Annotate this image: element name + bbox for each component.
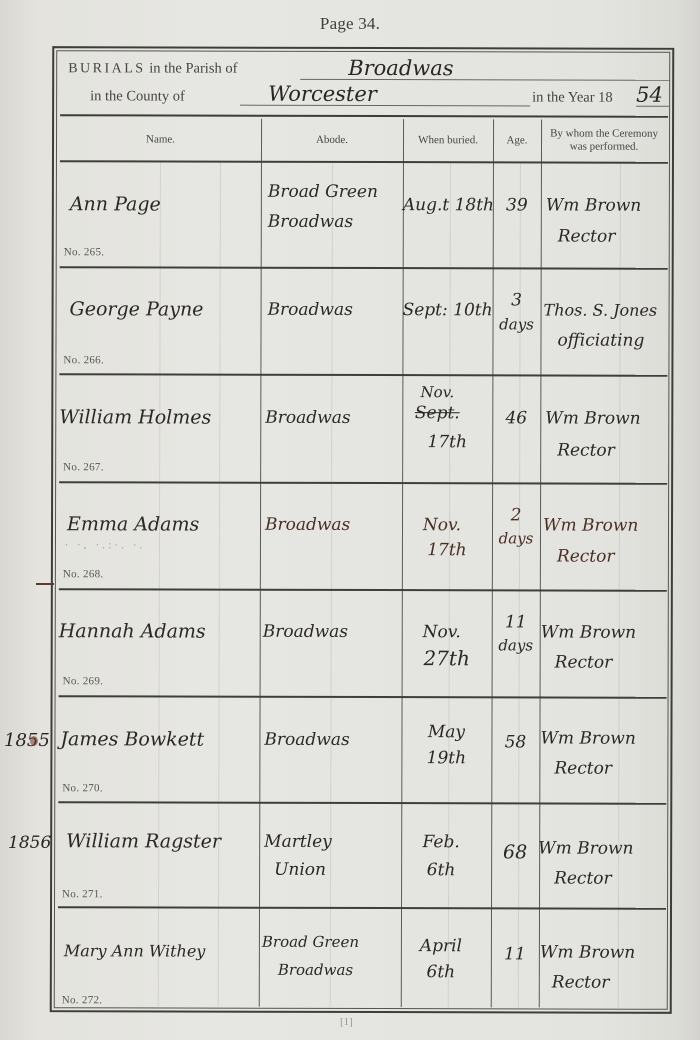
entry-abode: Broadwas bbox=[263, 621, 348, 643]
row-divider bbox=[59, 695, 667, 699]
entry-minister: Wm Brown bbox=[540, 727, 635, 749]
entry-age: 11 bbox=[491, 943, 539, 965]
entry-number: No. 270. bbox=[62, 782, 103, 794]
entry-name: William Ragster bbox=[66, 830, 221, 852]
entry-burial-day: 17th bbox=[402, 431, 492, 453]
entry-age: 11 bbox=[492, 611, 540, 633]
entry-burial-month-struck: Sept. bbox=[402, 402, 472, 424]
entry-abode: Broadwas bbox=[265, 407, 350, 429]
entry-number: No. 269. bbox=[63, 675, 104, 687]
entry-abode: Broadwas bbox=[265, 514, 350, 536]
entry-abode: Broad Green bbox=[262, 931, 359, 953]
entry-age-unit: days bbox=[492, 634, 540, 656]
header-divider bbox=[60, 114, 668, 118]
entry-age: 39 bbox=[493, 194, 541, 216]
entry-burial-month: Feb. bbox=[401, 831, 481, 853]
col-divider bbox=[259, 119, 262, 1007]
entry-burial-day: 27th bbox=[402, 647, 492, 669]
entry-minister: Wm Brown bbox=[546, 194, 641, 216]
entry-burial-date: Sept: 10th bbox=[403, 299, 493, 321]
ink-smudge: · ·, ·.:·. ·. bbox=[65, 540, 146, 551]
entry-abode: Martley bbox=[264, 831, 332, 853]
row-divider bbox=[58, 801, 666, 805]
row-divider bbox=[60, 266, 668, 270]
entry-burial-day: 6th bbox=[401, 859, 481, 881]
entry-burial-month: April bbox=[396, 935, 486, 957]
entry-minister-title: Rector bbox=[554, 868, 612, 890]
entry-minister: Wm Brown bbox=[543, 514, 638, 536]
year-value: 54 bbox=[636, 84, 663, 106]
page-footer-mark: [1] bbox=[340, 1016, 353, 1028]
entry-name: Mary Ann Withey bbox=[64, 940, 206, 962]
entry-minister: Thos. S. Jones bbox=[544, 299, 658, 321]
county-value: Worcester bbox=[268, 83, 377, 105]
entry-abode: Broadwas bbox=[264, 729, 349, 751]
entry-number: No. 266. bbox=[63, 354, 104, 366]
page-title: Page 34. bbox=[0, 14, 700, 34]
entry-minister: Wm Brown bbox=[540, 941, 635, 963]
column-header-age: Age. bbox=[493, 119, 541, 161]
entry-age: 58 bbox=[491, 731, 539, 753]
column-header-name: Name. bbox=[60, 118, 261, 161]
col-divider bbox=[539, 119, 542, 1007]
parish-value: Broadwas bbox=[348, 57, 453, 79]
entry-minister: Wm Brown bbox=[538, 837, 633, 859]
entry-name: James Bowkett bbox=[60, 728, 204, 750]
entry-number: No. 272. bbox=[62, 994, 103, 1006]
margin-note-year: 1856 bbox=[8, 833, 51, 853]
entry-minister-title: officiating bbox=[557, 330, 644, 352]
entry-number: No. 267. bbox=[63, 461, 104, 473]
entry-abode: Broadwas bbox=[268, 299, 353, 321]
entry-burial-day: 17th bbox=[402, 539, 492, 561]
entry-name: George Payne bbox=[70, 298, 204, 320]
entry-age: 3 bbox=[493, 289, 541, 311]
entry-minister-title: Rector bbox=[555, 652, 613, 674]
row-divider bbox=[59, 481, 667, 485]
row-divider bbox=[60, 160, 668, 164]
county-field: Worcester bbox=[240, 83, 530, 107]
entry-name: Emma Adams bbox=[67, 513, 199, 535]
entry-name: Hannah Adams bbox=[59, 620, 206, 642]
entry-age-unit: days bbox=[492, 527, 540, 549]
entry-name: Ann Page bbox=[70, 193, 161, 215]
entry-minister: Wm Brown bbox=[545, 407, 640, 429]
entry-burial-month: Nov. bbox=[402, 621, 482, 643]
entry-number: No. 268. bbox=[63, 568, 104, 580]
entry-burial-month: May bbox=[401, 721, 491, 743]
row-divider bbox=[59, 373, 667, 377]
entry-minister-title: Rector bbox=[557, 546, 615, 568]
year-field: 54 bbox=[636, 84, 670, 107]
entry-number: No. 265. bbox=[64, 246, 105, 258]
row-divider bbox=[59, 588, 667, 592]
entry-minister-title: Rector bbox=[552, 971, 610, 993]
entry-burial-day: 19th bbox=[401, 747, 491, 769]
ink-blot bbox=[30, 736, 38, 746]
entry-burial-day: 6th bbox=[396, 961, 486, 983]
parish-label: in the Parish of bbox=[149, 60, 237, 76]
entry-abode-line2: Broadwas bbox=[268, 211, 353, 233]
entry-abode-line2: Union bbox=[274, 859, 326, 881]
entry-minister-title: Rector bbox=[558, 226, 616, 248]
ink-mark bbox=[36, 583, 54, 585]
column-header-when-buried: When buried. bbox=[403, 119, 493, 161]
column-header-abode: Abode. bbox=[261, 119, 403, 161]
burial-register-table: Name. Abode. When buried. Age. By whom t… bbox=[58, 118, 668, 1008]
column-header-minister: By whom the Ceremony was performed. bbox=[541, 119, 667, 161]
margin-note-year: 1855 bbox=[4, 730, 50, 751]
year-label: in the Year 18 bbox=[532, 89, 613, 106]
entry-burial-month: Nov. bbox=[402, 514, 482, 536]
entry-number: No. 271. bbox=[62, 888, 103, 900]
entry-name: William Holmes bbox=[59, 406, 211, 428]
entry-abode-line2: Broadwas bbox=[278, 959, 353, 981]
entry-minister-title: Rector bbox=[557, 440, 615, 462]
entry-burial-month-correction: Nov. bbox=[402, 381, 472, 403]
register-frame: BURIALS in the Parish of Broadwas in the… bbox=[50, 46, 675, 1014]
parish-field: Broadwas bbox=[300, 57, 670, 81]
register-header: BURIALS in the Parish of Broadwas in the… bbox=[64, 56, 664, 118]
entry-minister-title: Rector bbox=[554, 758, 612, 780]
entry-age: 46 bbox=[492, 407, 540, 429]
entry-age: 2 bbox=[492, 504, 540, 526]
burials-heading: BURIALS bbox=[68, 61, 145, 76]
entry-abode: Broad Green bbox=[268, 181, 378, 203]
entry-age: 68 bbox=[491, 841, 539, 863]
county-label: in the County of bbox=[90, 88, 185, 105]
entry-age-unit: days bbox=[493, 313, 541, 335]
entry-minister: Wm Brown bbox=[541, 621, 636, 643]
entry-burial-date: Aug.t 18th bbox=[403, 194, 493, 216]
row-divider bbox=[58, 906, 666, 910]
col-divider bbox=[491, 119, 494, 1007]
